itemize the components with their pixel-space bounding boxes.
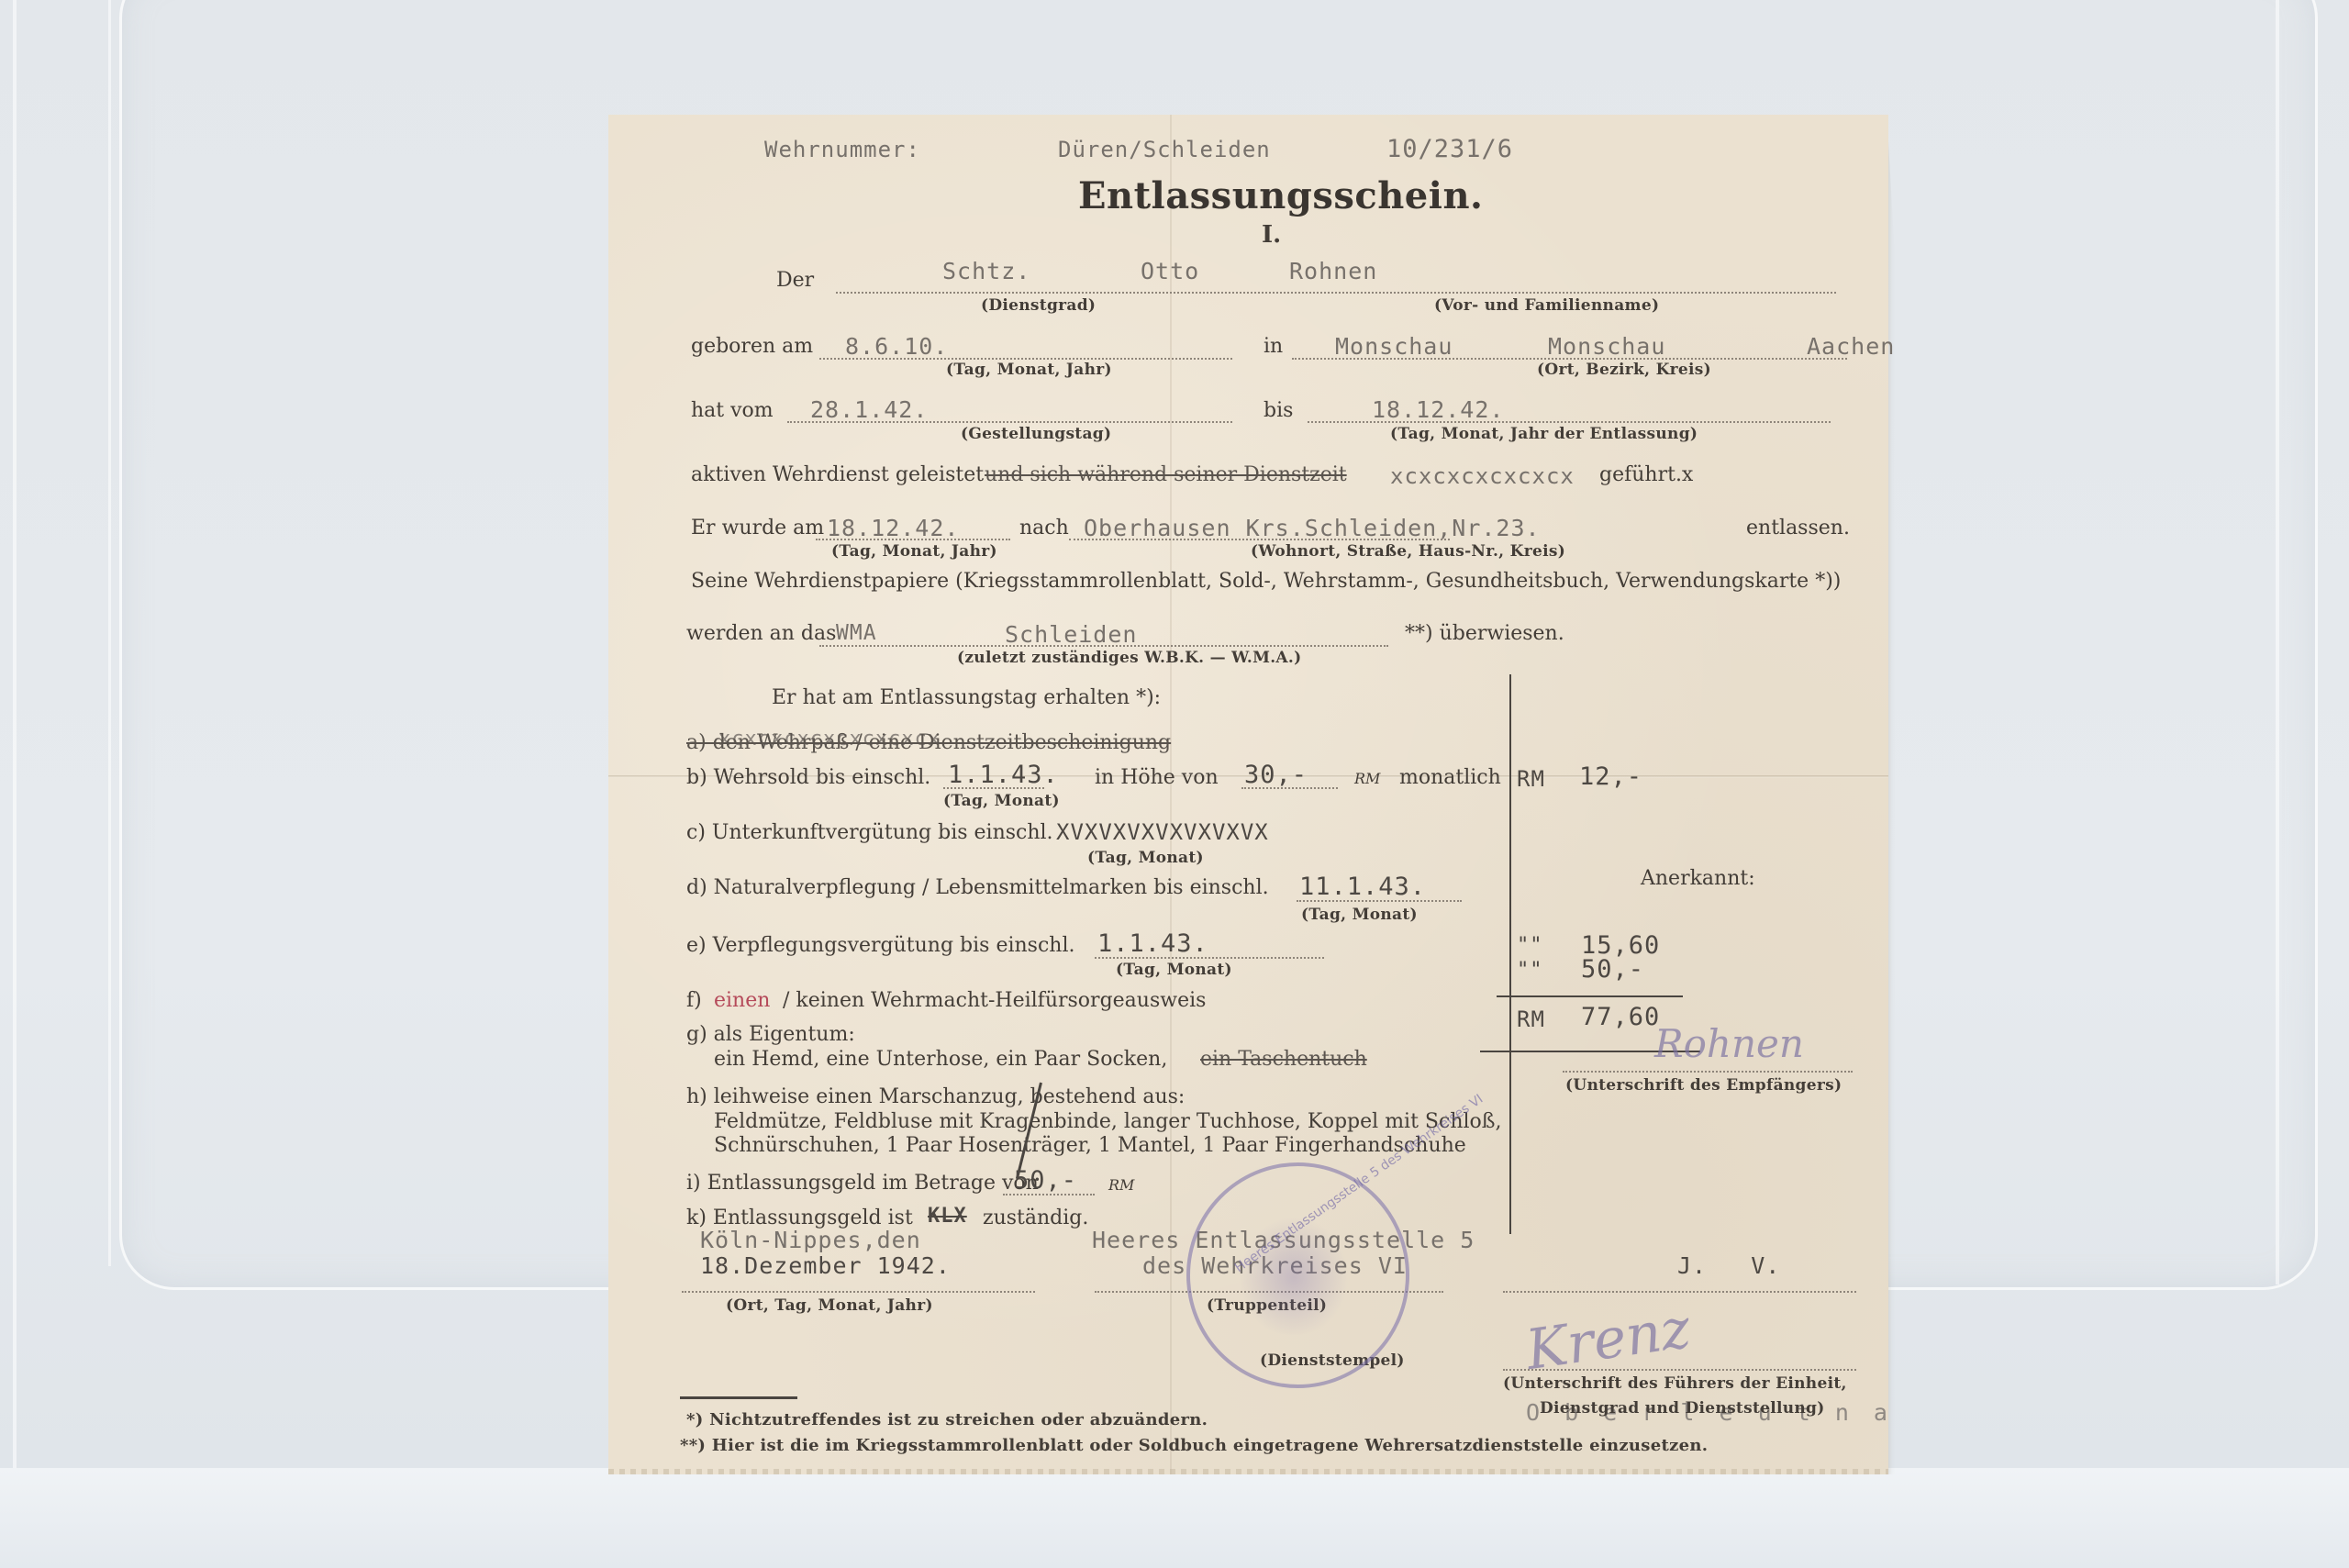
discharged-on-label: Er wurde am	[691, 517, 824, 539]
officer-signature-line	[1503, 1369, 1856, 1371]
wehrnummer-value: 10/231/6	[1386, 135, 1513, 163]
ledger-row3-ditto: ""	[1517, 959, 1543, 982]
sleeve-edge	[2276, 0, 2279, 1284]
item-c-caption: (Tag, Monat)	[1087, 849, 1204, 867]
footnote-rule	[680, 1396, 797, 1399]
birthplace-value: Monschau	[1335, 333, 1453, 360]
document-title: Entlassungsschein.	[1078, 174, 1483, 217]
item-b-unit: RM	[1354, 770, 1380, 787]
received-heading: Er hat am Entlassungstag erhalten *):	[772, 686, 1161, 709]
discharge-address-value: Oberhausen Krs.Schleiden,Nr.23.	[1084, 515, 1541, 541]
footnote-2: **) Hier ist die im Kriegsstammrollenbla…	[680, 1436, 1708, 1455]
discharged-end-label: entlassen.	[1746, 517, 1850, 539]
proxy-marker: J. V.	[1677, 1252, 1780, 1279]
name-line	[836, 292, 1836, 294]
service-from-value: 28.1.42.	[810, 396, 928, 423]
signoff-place: Köln-Nippes,den	[700, 1227, 921, 1253]
ledger-row3-amount: 50,-	[1581, 955, 1644, 984]
wehrnummer-label: Wehrnummer:	[764, 137, 920, 162]
item-e-label: e) Verpflegungsvergütung bis einschl.	[686, 934, 1074, 957]
discharge-date-value: 18.12.42.	[827, 515, 959, 541]
section-number: I.	[1262, 221, 1281, 249]
ledger-row1-currency: RM	[1517, 766, 1545, 792]
item-b-label: b) Wehrsold bis einschl.	[686, 766, 930, 789]
item-k-end: zuständig.	[983, 1207, 1088, 1229]
item-f-prefix: f)	[686, 989, 702, 1012]
rank-caption: (Dienstgrad)	[981, 296, 1096, 315]
perforated-edge	[608, 1469, 1888, 1474]
item-i-amount-value: 50,-	[1014, 1166, 1077, 1195]
item-g-items: ein Hemd, eine Unterhose, ein Paar Socke…	[714, 1048, 1167, 1071]
item-f-selected: einen	[714, 989, 770, 1012]
struck-fill-text: xcxcxcxcxcxcx	[1390, 463, 1575, 489]
papers-office-value: WMA	[836, 621, 877, 645]
item-b-mid: in Höhe von	[1095, 766, 1219, 789]
ledger-total-currency: RM	[1517, 1006, 1545, 1032]
recipient-caption: (Unterschrift des Empfängers)	[1565, 1076, 1842, 1095]
proxy-line	[1503, 1291, 1856, 1293]
struck-conduct-text: und sich während seiner Dienstzeit	[985, 463, 1347, 486]
birth-date-caption: (Tag, Monat, Jahr)	[946, 361, 1112, 379]
birthplace-caption: (Ort, Bezirk, Kreis)	[1537, 361, 1711, 379]
birth-date-value: 8.6.10.	[845, 333, 948, 360]
footnote-1: *) Nichtzutreffendes ist zu streichen od…	[686, 1410, 1208, 1429]
item-d-date-value: 11.1.43.	[1299, 873, 1426, 901]
item-f-rest: / keinen Wehrmacht-Heilfürsorgeausweis	[783, 989, 1206, 1012]
recipient-signature-line	[1563, 1071, 1853, 1073]
wehrnummer-district: Düren/Schleiden	[1058, 137, 1271, 162]
item-i-label: i) Entlassungsgeld im Betrage von	[686, 1172, 1039, 1195]
item-b-amount-value: 30,-	[1244, 761, 1308, 789]
ledger-row1-amount: 12,-	[1579, 762, 1642, 791]
first-name-value: Otto	[1141, 258, 1199, 284]
item-g-label: g) als Eigentum:	[686, 1023, 855, 1046]
papers-to-label: werden an das	[686, 622, 836, 645]
item-d-caption: (Tag, Monat)	[1301, 906, 1418, 924]
sleeve-lower-band	[0, 1468, 2349, 1568]
name-caption: (Vor- und Familienname)	[1434, 296, 1659, 315]
ledger-total-amount: 77,60	[1581, 1003, 1660, 1031]
struck-end-text: geführt.x	[1599, 463, 1693, 486]
papers-office-caption: (zuletzt zuständiges W.B.K. — W.M.A.)	[957, 649, 1302, 667]
ledger-row2-ditto: ""	[1517, 934, 1543, 957]
item-i-unit: RM	[1108, 1176, 1134, 1194]
service-from-label: hat vom	[691, 399, 774, 422]
item-d-label: d) Naturalverpflegung / Lebensmittelmark…	[686, 876, 1269, 899]
item-b-date-value: 1.1.43.	[948, 761, 1059, 789]
in-label: in	[1264, 335, 1283, 358]
item-k-struck: KLX	[928, 1205, 967, 1228]
born-label: geboren am	[691, 335, 813, 358]
item-h-line2: Schnürschuhen, 1 Paar Hosenträger, 1 Man…	[714, 1134, 1466, 1157]
acknowledged-label: Anerkannt:	[1641, 867, 1755, 890]
item-c-label: c) Unterkunftvergütung bis einschl.	[686, 821, 1053, 844]
ledger-vertical-rule	[1509, 674, 1511, 1234]
sleeve-edge	[108, 0, 111, 1266]
service-from-caption: (Gestellungstag)	[961, 425, 1111, 443]
service-to-value: 18.12.42.	[1372, 396, 1504, 423]
discharge-date-caption: (Tag, Monat, Jahr)	[831, 542, 997, 561]
signoff-date: 18.Dezember 1942.	[700, 1252, 951, 1279]
birth-district-value: Monschau	[1548, 333, 1665, 360]
item-e-caption: (Tag, Monat)	[1116, 961, 1232, 979]
officer-caption-line2: Dienstgrad und Dienststellung)	[1540, 1399, 1825, 1418]
sleeve-edge	[13, 0, 17, 1568]
rank-value: Schtz.	[942, 258, 1030, 284]
item-g-struck: ein Taschentuch	[1200, 1048, 1367, 1071]
item-e-date-value: 1.1.43.	[1097, 929, 1208, 958]
item-h-label: h) leihweise einen Marschanzug, bestehen…	[686, 1085, 1185, 1108]
active-service-text: aktiven Wehrdienst geleistet	[691, 463, 984, 486]
item-h-line1: Feldmütze, Feldbluse mit Kragenbinde, la…	[714, 1110, 1501, 1133]
item-b-end: monatlich	[1399, 766, 1501, 789]
papers-end-label: **) überwiesen.	[1405, 622, 1564, 645]
der-label: Der	[776, 269, 814, 292]
service-to-caption: (Tag, Monat, Jahr der Entlassung)	[1390, 425, 1698, 443]
officer-caption-line1: (Unterschrift des Führers der Einheit,	[1503, 1374, 1847, 1393]
discharge-address-caption: (Wohnort, Straße, Haus-Nr., Kreis)	[1251, 542, 1565, 561]
papers-office-place-value: Schleiden	[1005, 621, 1137, 648]
item-c-value: XVXVXVXVXVXVXVX	[1056, 819, 1269, 845]
discharged-to-label: nach	[1019, 517, 1069, 539]
ledger-subtotal-rule	[1497, 995, 1683, 997]
service-to-label: bis	[1264, 399, 1293, 422]
signoff-place-line	[682, 1291, 1035, 1293]
recipient-signature: Rohnen	[1654, 1021, 1804, 1066]
item-a-text: a) den Wehrpaß / eine Dienstzeitbeschein…	[686, 731, 1171, 754]
birth-county-value: Aachen	[1807, 333, 1895, 360]
signoff-place-caption: (Ort, Tag, Monat, Jahr)	[726, 1296, 933, 1315]
last-name-value: Rohnen	[1289, 258, 1377, 284]
item-b-caption: (Tag, Monat)	[943, 792, 1060, 810]
service-papers-text: Seine Wehrdienstpapiere (Kriegsstammroll…	[691, 570, 1841, 593]
